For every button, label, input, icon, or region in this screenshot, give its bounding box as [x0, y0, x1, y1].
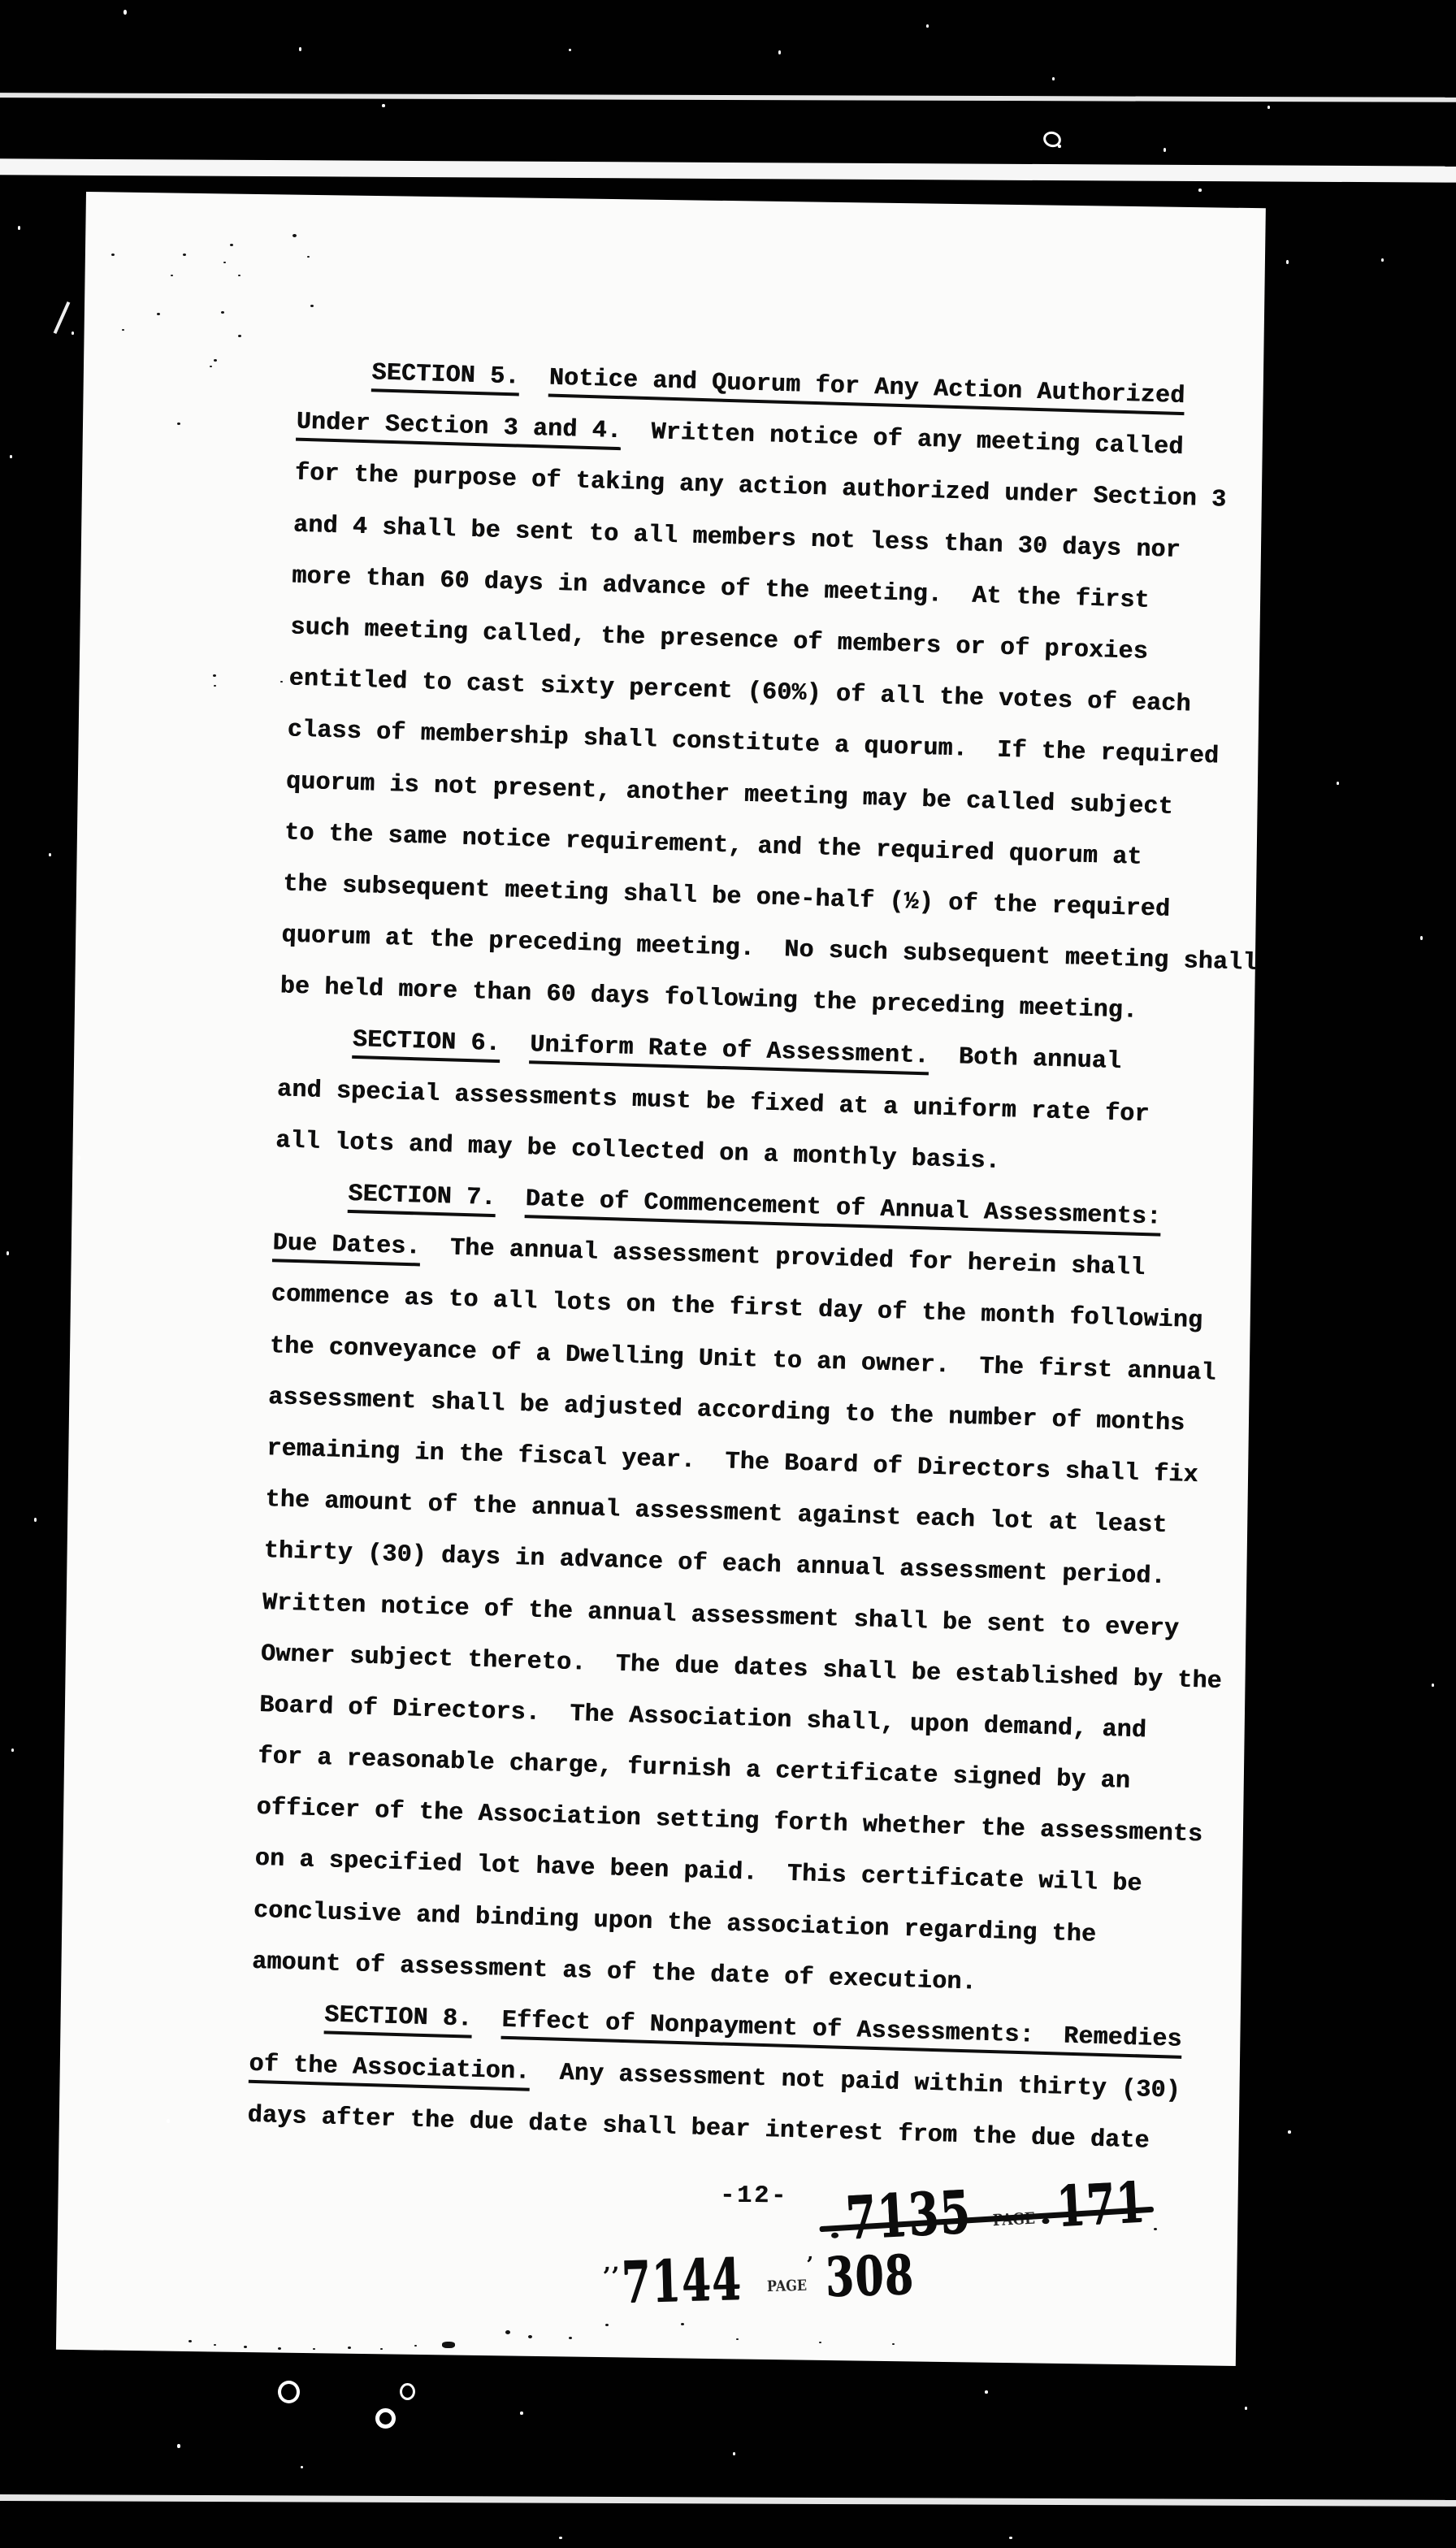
- ink-speck: [188, 2340, 192, 2342]
- ink-speck: [214, 685, 216, 687]
- ink-speck: [892, 2343, 895, 2345]
- scanned-document-stage: SECTION 5. Notice and Quorum for Any Act…: [0, 0, 1456, 2548]
- stamp-old-book-number: 7135: [844, 2186, 972, 2243]
- dust-speck: [559, 2537, 562, 2539]
- ink-speck: [238, 335, 241, 337]
- dust-speck: [520, 2411, 523, 2415]
- dust-speck: [34, 1518, 37, 1522]
- dust-speck: [1058, 145, 1061, 148]
- ink-speck: [505, 2330, 510, 2334]
- dust-speck: [18, 226, 20, 230]
- ink-speck: [183, 253, 186, 256]
- dust-ring: [400, 2383, 415, 2400]
- dust-speck: [569, 49, 571, 51]
- dust-speck: [299, 47, 301, 51]
- ink-speck: [292, 234, 297, 237]
- ink-speck: [238, 275, 240, 276]
- dust-speck: [1288, 2130, 1291, 2134]
- dust-speck: [1267, 106, 1270, 109]
- stamp-old-book-page: 7135 PAGE 171: [829, 2176, 1177, 2244]
- scan-artifact-line-bottom: [0, 2494, 1456, 2507]
- ink-speck: [244, 2346, 247, 2348]
- ink-speck: [278, 2347, 281, 2350]
- stamp-new-page-number: 308: [825, 2250, 915, 2301]
- stamp-new-page-label: PAGE: [767, 2277, 808, 2295]
- dust-speck: [1432, 1683, 1434, 1687]
- dust-speck: [1198, 188, 1202, 192]
- ink-smudge: [442, 2342, 455, 2348]
- ink-speck: [177, 422, 180, 425]
- document-page: SECTION 5. Notice and Quorum for Any Act…: [56, 192, 1266, 2366]
- ink-speck: [313, 2348, 315, 2350]
- ink-speck: [171, 275, 173, 276]
- stamp-old-page-number: 171: [1055, 2177, 1147, 2233]
- dust-speck: [1163, 148, 1166, 152]
- ink-speck: [280, 681, 283, 682]
- dust-speck: [778, 50, 781, 54]
- dust-speck: [177, 2444, 180, 2448]
- dust-speck: [123, 10, 127, 15]
- ink-speck: [1154, 2228, 1157, 2230]
- page-number: -12-: [720, 2182, 788, 2211]
- dust-speck: [1381, 258, 1384, 262]
- ink-speck: [380, 2348, 383, 2350]
- ink-speck: [414, 2345, 417, 2346]
- scan-artifact-line-upper: [0, 158, 1456, 183]
- dust-speck: [6, 1251, 9, 1255]
- dust-speck: [733, 2452, 735, 2455]
- ink-speck: [528, 2335, 532, 2338]
- ink-speck: [210, 366, 212, 367]
- ink-speck: [310, 305, 314, 307]
- dust-speck: [985, 2390, 988, 2394]
- dust-speck: [926, 24, 929, 28]
- dust-sliver: [54, 301, 71, 334]
- ink-speck: [605, 2324, 609, 2326]
- dust-speck: [71, 331, 74, 335]
- dust-speck: [167, 2119, 170, 2123]
- dust-speck: [49, 853, 51, 856]
- stamp-new-book-page: ’’ 7144 PAGE ’ 308: [602, 2249, 942, 2307]
- dust-ring: [278, 2381, 300, 2403]
- ink-speck: [223, 262, 226, 263]
- dust-ring: [375, 2408, 396, 2429]
- stamp-ink-mark: ’: [806, 2255, 814, 2276]
- ink-speck: [157, 313, 160, 315]
- ink-speck: [230, 244, 233, 246]
- dust-speck: [301, 2466, 303, 2468]
- dust-speck: [1052, 77, 1055, 80]
- ink-speck: [122, 329, 124, 331]
- ink-speck: [221, 311, 224, 314]
- stamp-new-book-number: 7144: [621, 2255, 743, 2307]
- stamp-ink-mark: ’’: [602, 2264, 620, 2290]
- dust-speck: [11, 1748, 14, 1752]
- ink-speck: [111, 253, 115, 256]
- ink-speck: [214, 359, 217, 362]
- stamp-ink-dot: [831, 2233, 838, 2238]
- ink-speck: [736, 2338, 739, 2340]
- document-text: SECTION 5. Notice and Quorum for Any Act…: [247, 346, 1275, 2170]
- ink-speck: [681, 2323, 684, 2325]
- stamp-ink-dot: [1042, 2218, 1049, 2224]
- scan-artifact-line-top: [0, 93, 1456, 102]
- dust-speck: [1286, 260, 1289, 264]
- dust-speck: [1009, 2537, 1012, 2539]
- ink-speck: [569, 2337, 572, 2339]
- dust-speck: [10, 455, 12, 458]
- dust-speck: [382, 104, 385, 107]
- ink-speck: [819, 2342, 821, 2343]
- ink-speck: [348, 2346, 351, 2349]
- dust-speck: [1337, 782, 1339, 785]
- ink-speck: [214, 2344, 216, 2346]
- ink-speck: [213, 674, 216, 677]
- dust-speck: [1420, 936, 1423, 940]
- ink-speck: [307, 256, 310, 258]
- dust-speck: [77, 1155, 80, 1160]
- dust-speck: [1245, 2407, 1247, 2410]
